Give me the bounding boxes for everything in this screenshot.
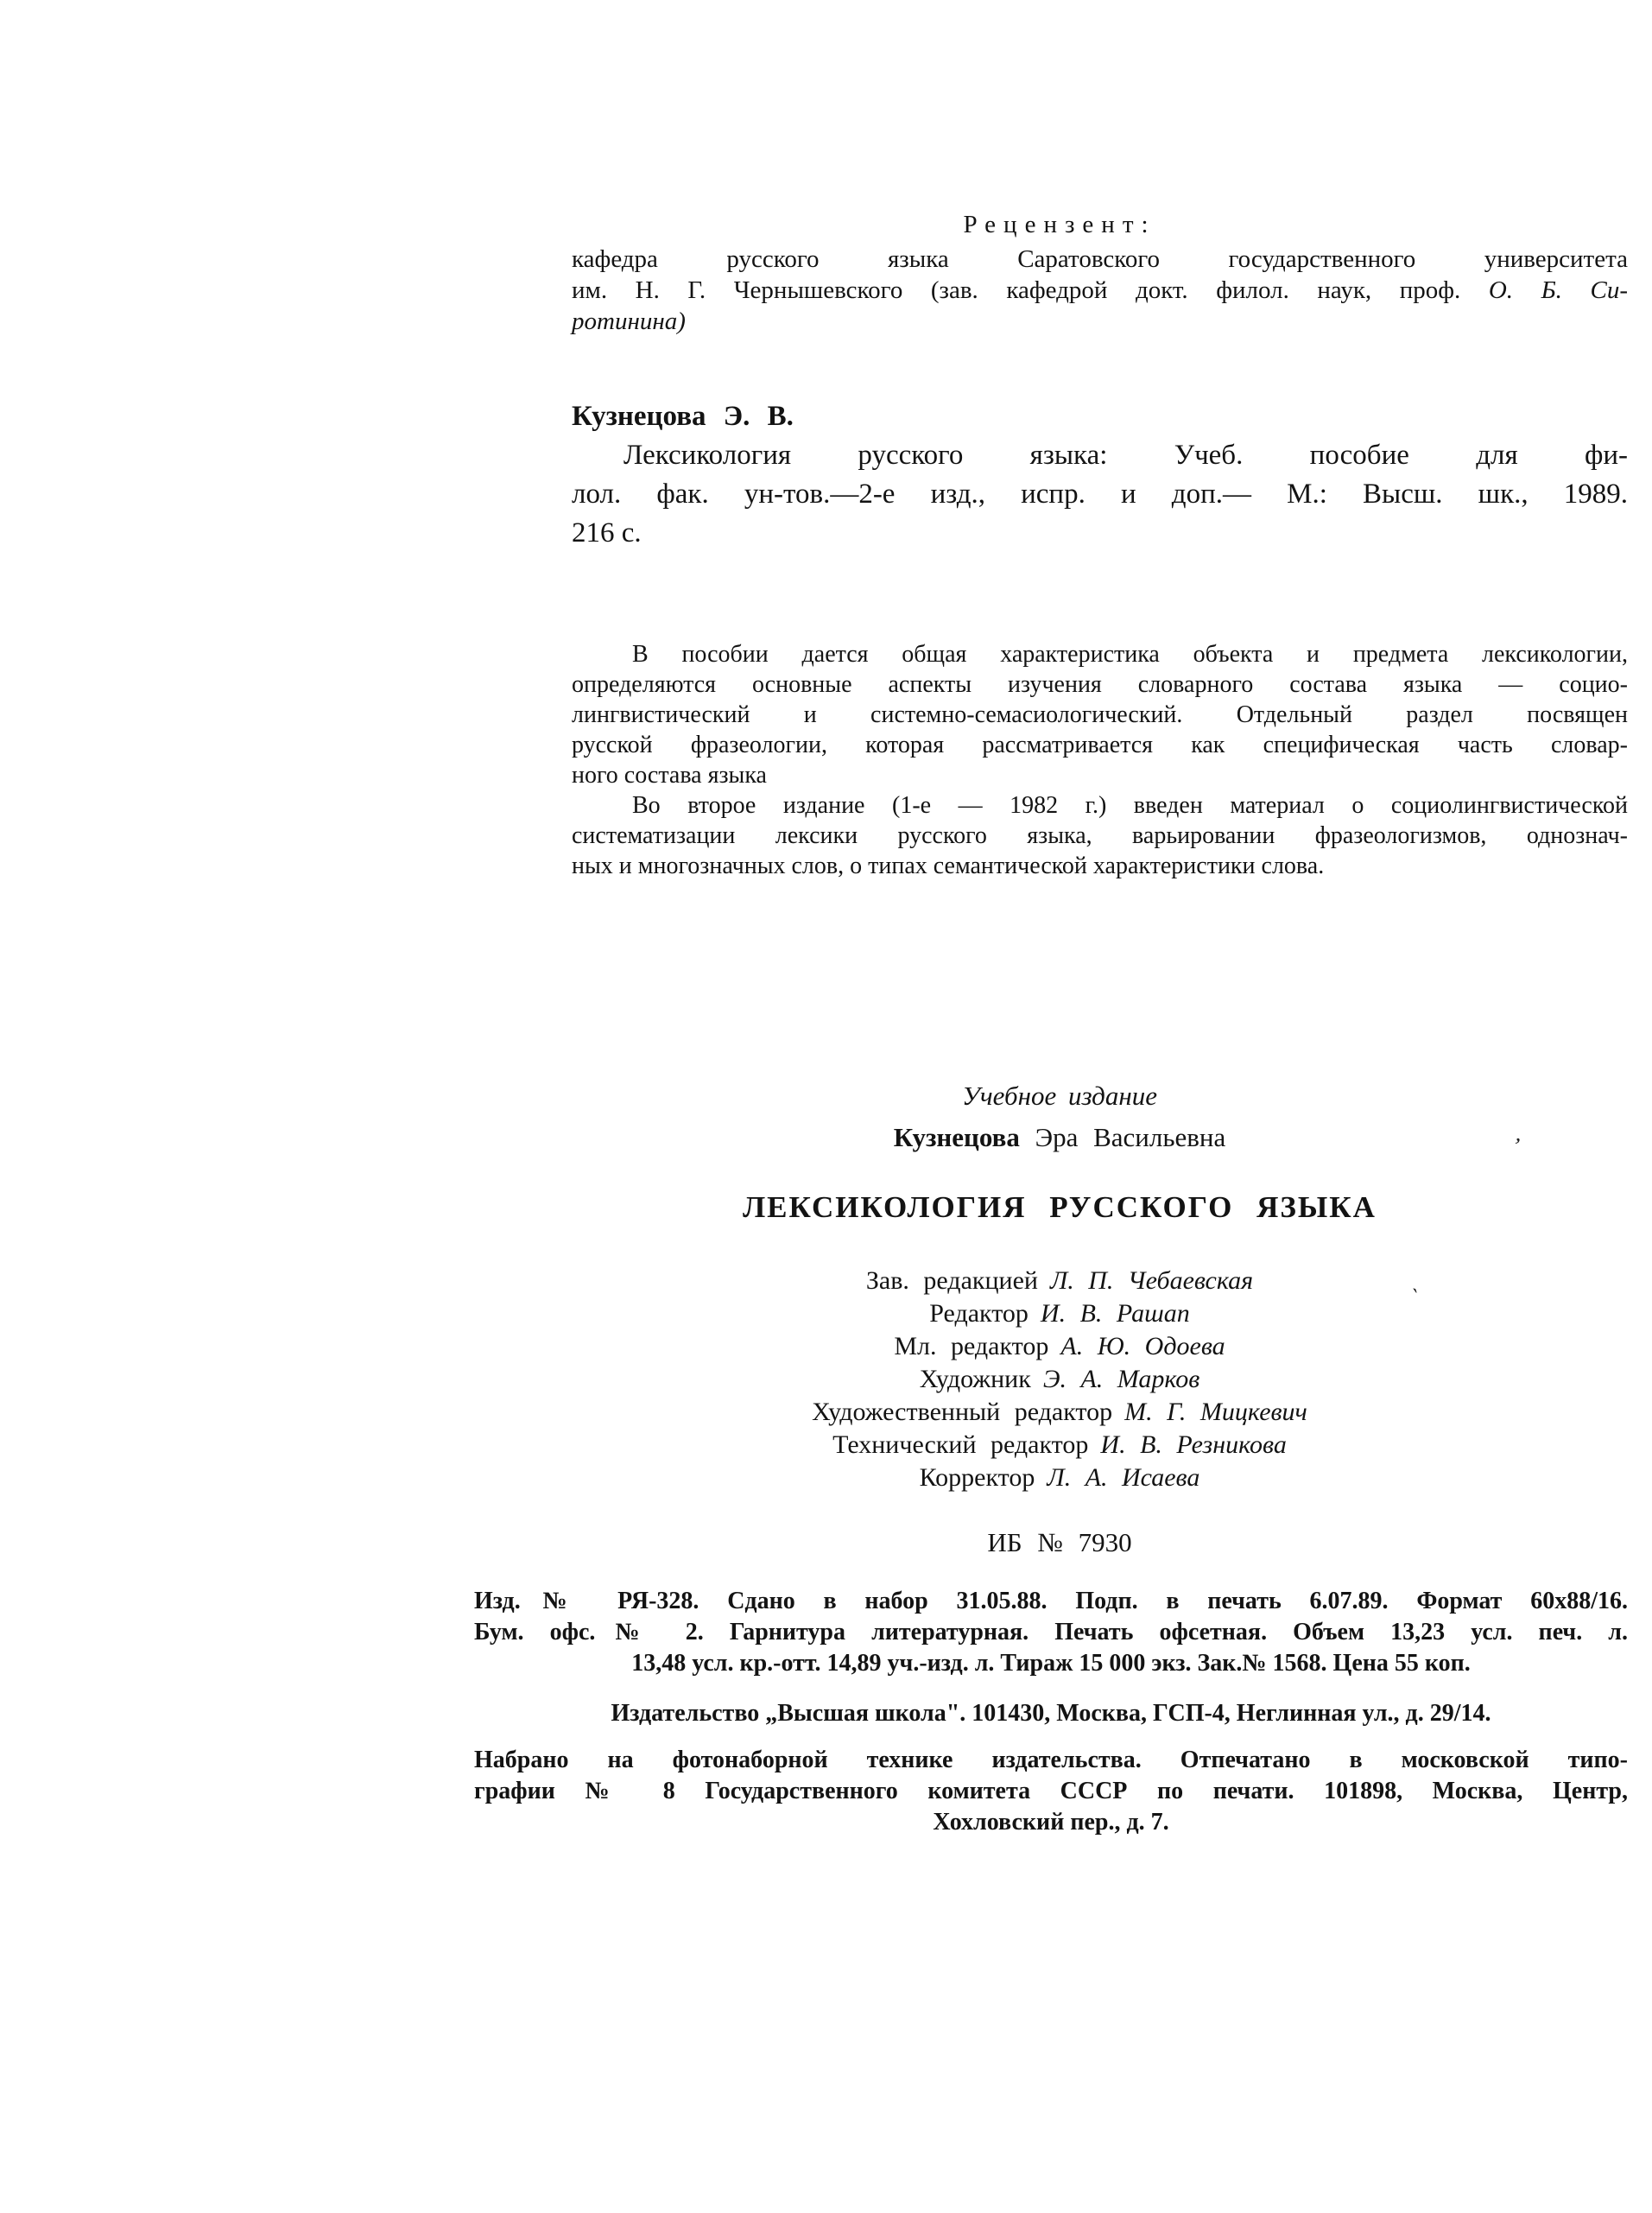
credit-line: РедакторИ. В. Рашап bbox=[474, 1297, 1645, 1330]
printing-line: Хохловский пер., д. 7. bbox=[474, 1807, 1628, 1838]
reviewer-line: ротинина) bbox=[572, 306, 1628, 337]
author-surname: Кузнецова bbox=[894, 1122, 1020, 1152]
credit-name: М. Г. Мицкевич bbox=[1124, 1398, 1307, 1426]
credit-role: Художественный редактор bbox=[812, 1398, 1112, 1426]
biblio-line: лол. фак. ун-тов.—2-е изд., испр. и доп.… bbox=[572, 475, 1628, 514]
author-given-name: Эра Васильевна bbox=[1035, 1122, 1226, 1152]
print-imprint: Изд.№ РЯ-328. Сдано в набор 31.05.88. По… bbox=[474, 1586, 1628, 1679]
credit-line: Художественный редакторМ. Г. Мицкевич bbox=[474, 1396, 1645, 1429]
reviewer-line: им. Н. Г. Чернышевского (зав. кафедрой д… bbox=[572, 275, 1628, 306]
biblio-line: Лексикология русского языка: Учеб. пособ… bbox=[572, 436, 1628, 475]
credit-name: И. В. Резникова bbox=[1100, 1430, 1286, 1459]
colophon-page: Рецензент: кафедра русского языка Сарато… bbox=[0, 0, 1652, 2213]
credit-role: Редактор bbox=[929, 1299, 1029, 1328]
credit-line: Мл. редакторА. Ю. Одоева bbox=[474, 1330, 1645, 1363]
credit-role: Художник bbox=[920, 1365, 1031, 1393]
reviewer-line: кафедра русского языка Саратовского госу… bbox=[572, 244, 1628, 275]
author-full-name: Кузнецова Эра Васильевна bbox=[474, 1121, 1645, 1154]
reviewer-section: кафедра русского языка Саратовского госу… bbox=[572, 244, 1628, 337]
credit-line: КорректорЛ. А. Исаева bbox=[474, 1462, 1645, 1494]
printing-line: Набрано на фотонаборной технике издатель… bbox=[474, 1745, 1628, 1776]
credit-name: Л. П. Чебаевская bbox=[1050, 1266, 1253, 1295]
credit-role: Мл. редактор bbox=[894, 1332, 1048, 1360]
credit-line: Зав. редакциейЛ. П. Чебаевская bbox=[474, 1265, 1645, 1297]
credit-name: Л. А. Исаева bbox=[1047, 1463, 1199, 1492]
edition-type-label: Учебное издание bbox=[474, 1080, 1645, 1113]
bibliographic-entry: Кузнецова Э. В. Лексикология русского яз… bbox=[572, 397, 1628, 553]
biblio-author: Кузнецова Э. В. bbox=[572, 397, 1628, 436]
annotation-line: ного состава языка bbox=[572, 760, 1628, 790]
annotation: В пособии дается общая характеристика об… bbox=[572, 639, 1628, 881]
credit-role: Корректор bbox=[920, 1463, 1035, 1492]
imprint-line: 13,48 усл. кр.-отт. 14,89 уч.-изд. л. Ти… bbox=[474, 1648, 1628, 1679]
printing-info: Набрано на фотонаборной технике издатель… bbox=[474, 1745, 1628, 1838]
annotation-line: лингвистический и системно-семасиологиче… bbox=[572, 700, 1628, 730]
credit-role: Зав. редакцией bbox=[866, 1266, 1038, 1295]
text-column: Рецензент: кафедра русского языка Сарато… bbox=[474, 0, 1645, 1838]
annotation-line: систематизации лексики русского языка, в… bbox=[572, 821, 1628, 851]
annotation-line: Во второе издание (1-е — 1982 г.) введен… bbox=[572, 790, 1628, 821]
annotation-line: русской фразеологии, которая рассматрива… bbox=[572, 730, 1628, 760]
credit-line: ХудожникЭ. А. Марков bbox=[474, 1363, 1645, 1396]
reviewer-heading: Рецензент: bbox=[474, 207, 1645, 242]
imprint-line: Изд.№ РЯ-328. Сдано в набор 31.05.88. По… bbox=[474, 1586, 1628, 1617]
book-title: ЛЕКСИКОЛОГИЯ РУССКОГО ЯЗЫКА bbox=[474, 1189, 1645, 1227]
credit-line: Технический редакторИ. В. Резникова bbox=[474, 1429, 1645, 1462]
annotation-line: ных и многозначных слов, о типах семанти… bbox=[572, 851, 1628, 881]
credit-role: Технический редактор bbox=[832, 1430, 1088, 1459]
imprint-line: Бум. офс.№ 2. Гарнитура литературная. Пе… bbox=[474, 1617, 1628, 1648]
ib-number: ИБ № 7930 bbox=[474, 1525, 1645, 1560]
credit-name: И. В. Рашап bbox=[1041, 1299, 1190, 1328]
publisher-address: Издательство „Высшая школа". 101430, Мос… bbox=[474, 1698, 1628, 1729]
annotation-line: В пособии дается общая характеристика об… bbox=[572, 639, 1628, 669]
credit-name: Э. А. Марков bbox=[1043, 1365, 1199, 1393]
credits-list: Зав. редакциейЛ. П. Чебаевская РедакторИ… bbox=[474, 1265, 1645, 1494]
biblio-pages: 216 с. bbox=[572, 514, 1628, 553]
printing-line: графии № 8 Государственного комитета ССС… bbox=[474, 1776, 1628, 1807]
annotation-line: определяются основные аспекты изучения с… bbox=[572, 669, 1628, 700]
credit-name: А. Ю. Одоева bbox=[1060, 1332, 1225, 1360]
